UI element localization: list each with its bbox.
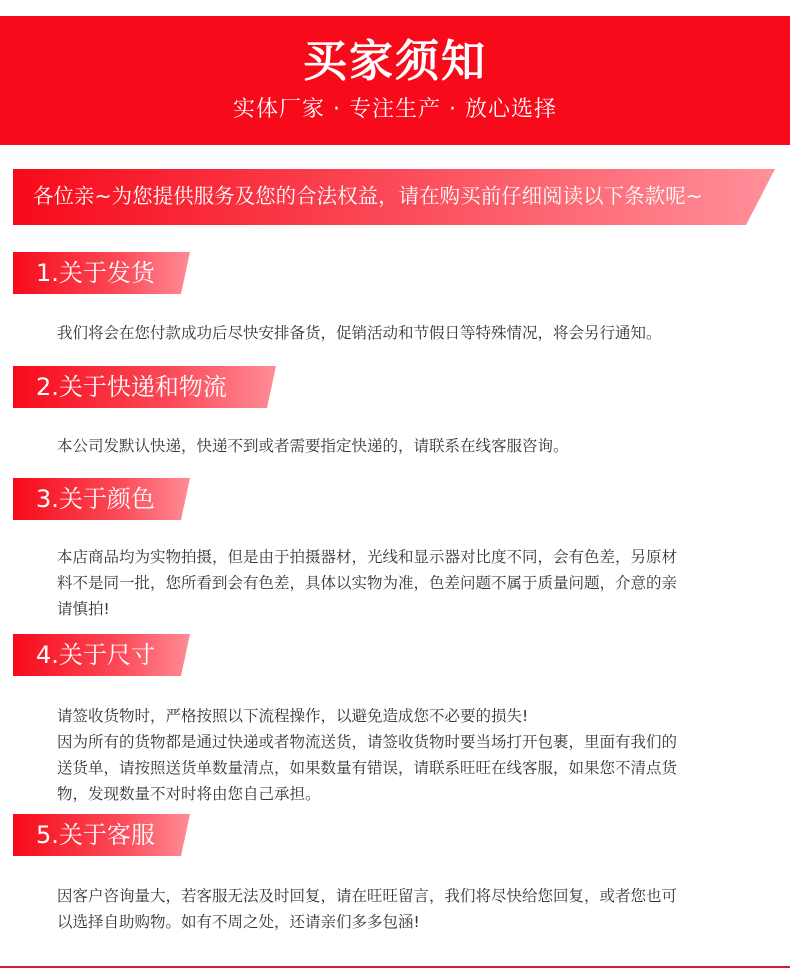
body-line: 本店商品均为实物拍摄，但是由于拍摄器材，光线和显示器对比度不同，会有色差，另原材 (57, 544, 767, 570)
section-title: 4.关于尺寸 (36, 640, 155, 670)
body-line: 本公司发默认快递，快递不到或者需要指定快递的，请联系在线客服咨询。 (57, 433, 767, 459)
body-line: 料不是同一批，您所看到会有色差，具体以实物为准，色差问题不属于质量问题，介意的亲 (57, 570, 767, 596)
page-title: 买家须知 (0, 36, 790, 88)
section-body-delivery: 本公司发默认快递，快递不到或者需要指定快递的，请联系在线客服咨询。 (57, 433, 767, 459)
body-line: 送货单，请按照送货单数量清点，如果数量有错误，请联系旺旺在线客服，如果您不清点货 (57, 755, 767, 781)
page-subtitle: 实体厂家 · 专注生产 · 放心选择 (0, 96, 790, 124)
section-header-shipping: 1.关于发货 (13, 252, 190, 294)
top-banner: 买家须知 实体厂家 · 专注生产 · 放心选择 (0, 16, 790, 145)
section-title: 2.关于快递和物流 (36, 372, 227, 402)
body-line: 物，发现数量不对时将由您自己承担。 (57, 781, 767, 807)
section-title: 1.关于发货 (36, 258, 155, 288)
section-title: 3.关于颜色 (36, 484, 155, 514)
body-line: 请签收货物时，严格按照以下流程操作，以避免造成您不必要的损失! (57, 703, 767, 729)
section-header-color: 3.关于颜色 (13, 478, 190, 520)
section-header-delivery: 2.关于快递和物流 (13, 366, 276, 408)
section-body-shipping: 我们将会在您付款成功后尽快安排备货，促销活动和节假日等特殊情况，将会另行通知。 (57, 320, 767, 346)
body-line: 以选择自助购物。如有不周之处，还请亲们多多包涵! (57, 909, 767, 935)
body-line: 请慎拍! (57, 596, 767, 622)
intro-text: 各位亲~为您提供服务及您的合法权益，请在购买前仔细阅读以下条款呢~ (33, 181, 703, 211)
body-line: 因客户咨询量大，若客服无法及时回复，请在旺旺留言，我们将尽快给您回复，或者您也可 (57, 883, 767, 909)
section-header-size: 4.关于尺寸 (13, 634, 190, 676)
section-header-customer-service: 5.关于客服 (13, 814, 190, 856)
section-title: 5.关于客服 (36, 820, 155, 850)
body-line: 我们将会在您付款成功后尽快安排备货，促销活动和节假日等特殊情况，将会另行通知。 (57, 320, 767, 346)
section-body-customer-service: 因客户咨询量大，若客服无法及时回复，请在旺旺留言，我们将尽快给您回复，或者您也可… (57, 883, 767, 935)
section-body-size: 请签收货物时，严格按照以下流程操作，以避免造成您不必要的损失! 因为所有的货物都… (57, 703, 767, 807)
intro-banner: 各位亲~为您提供服务及您的合法权益，请在购买前仔细阅读以下条款呢~ (13, 169, 775, 225)
body-line: 因为所有的货物都是通过快递或者物流送货，请签收货物时要当场打开包裹，里面有我们的 (57, 729, 767, 755)
section-body-color: 本店商品均为实物拍摄，但是由于拍摄器材，光线和显示器对比度不同，会有色差，另原材… (57, 544, 767, 622)
